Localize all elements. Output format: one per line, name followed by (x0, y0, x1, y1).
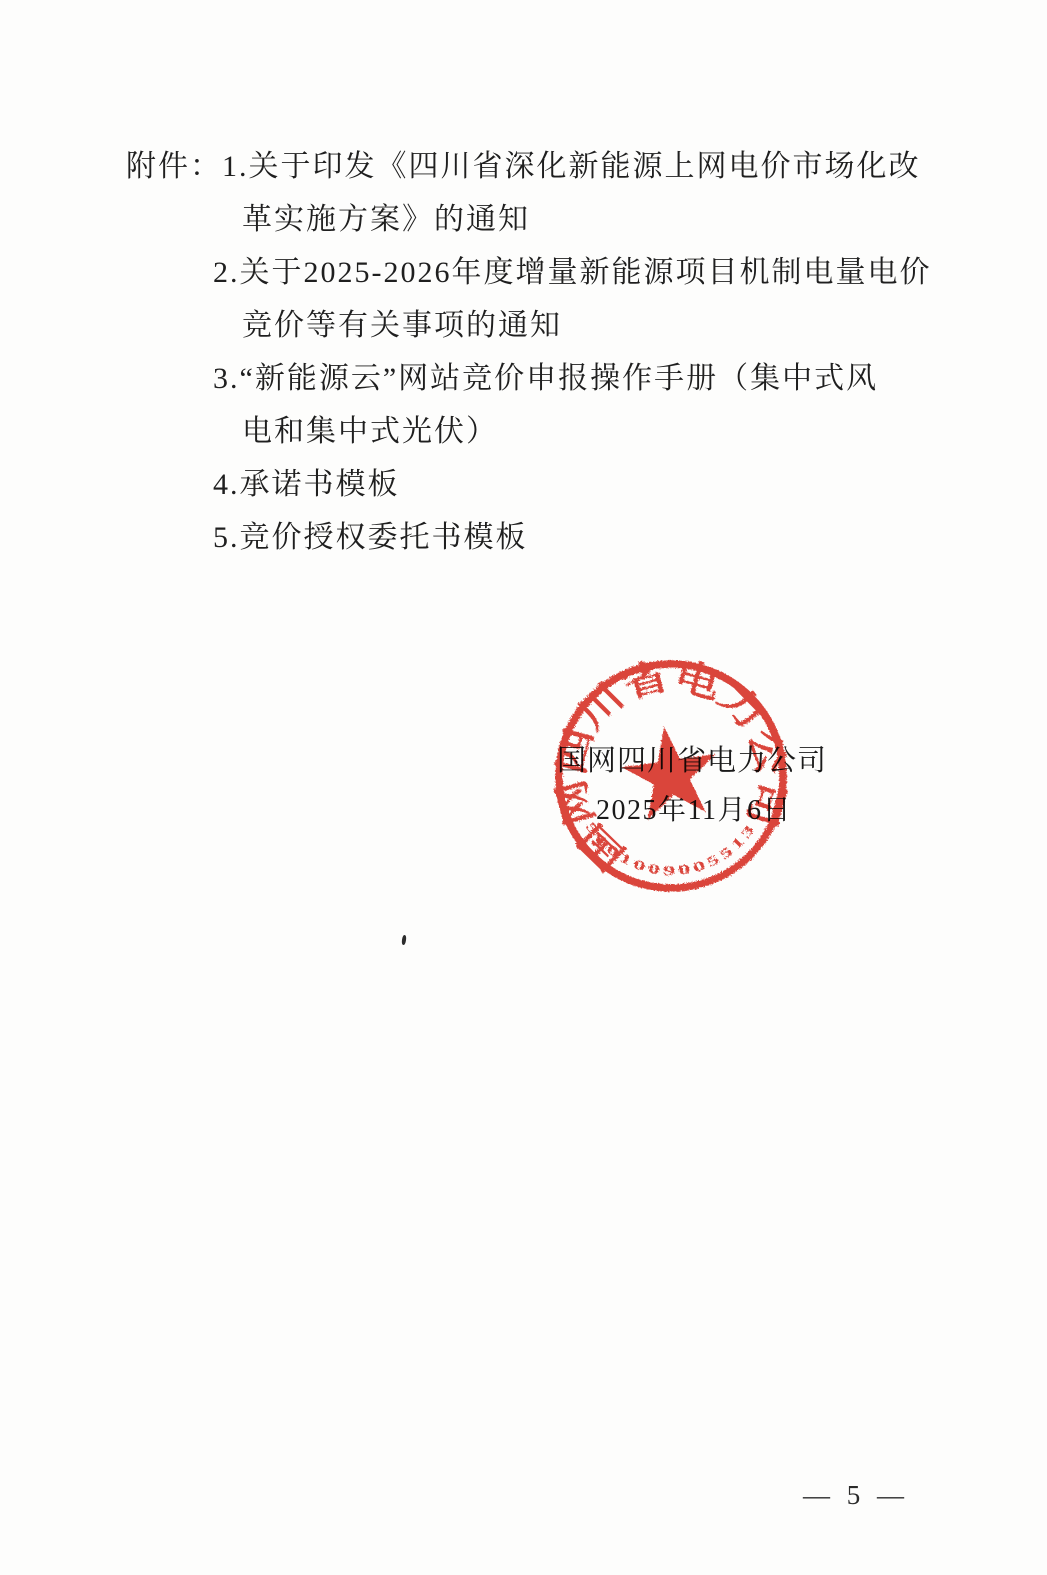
attachment-line: 电和集中式光伏） (0, 405, 1047, 458)
official-seal: 国网四川省电力公司 5101009005513 (541, 646, 801, 906)
attachment-line: 3.“新能源云”网站竞价申报操作手册（集中式风 (0, 352, 1047, 405)
attachment-line: 革实施方案》的通知 (0, 193, 1047, 246)
seal-star-icon (622, 727, 716, 821)
attachment-line: 4.承诺书模板 (0, 458, 1047, 511)
attachment-line: 5.竞价授权委托书模板 (0, 511, 1047, 564)
page-number: — 5 — (803, 1480, 909, 1511)
document-page: 附件：1.关于印发《四川省深化新能源上网电价市场化改 革实施方案》的通知 2.关… (0, 0, 1047, 1575)
attachment-list: 附件：1.关于印发《四川省深化新能源上网电价市场化改 革实施方案》的通知 2.关… (0, 140, 1047, 564)
attachment-line: 附件：1.关于印发《四川省深化新能源上网电价市场化改 (0, 140, 1047, 193)
ink-speck (401, 935, 406, 945)
attachment-line: 2.关于2025-2026年度增量新能源项目机制电量电价 (0, 246, 1047, 299)
attachment-line: 竞价等有关事项的通知 (0, 299, 1047, 352)
